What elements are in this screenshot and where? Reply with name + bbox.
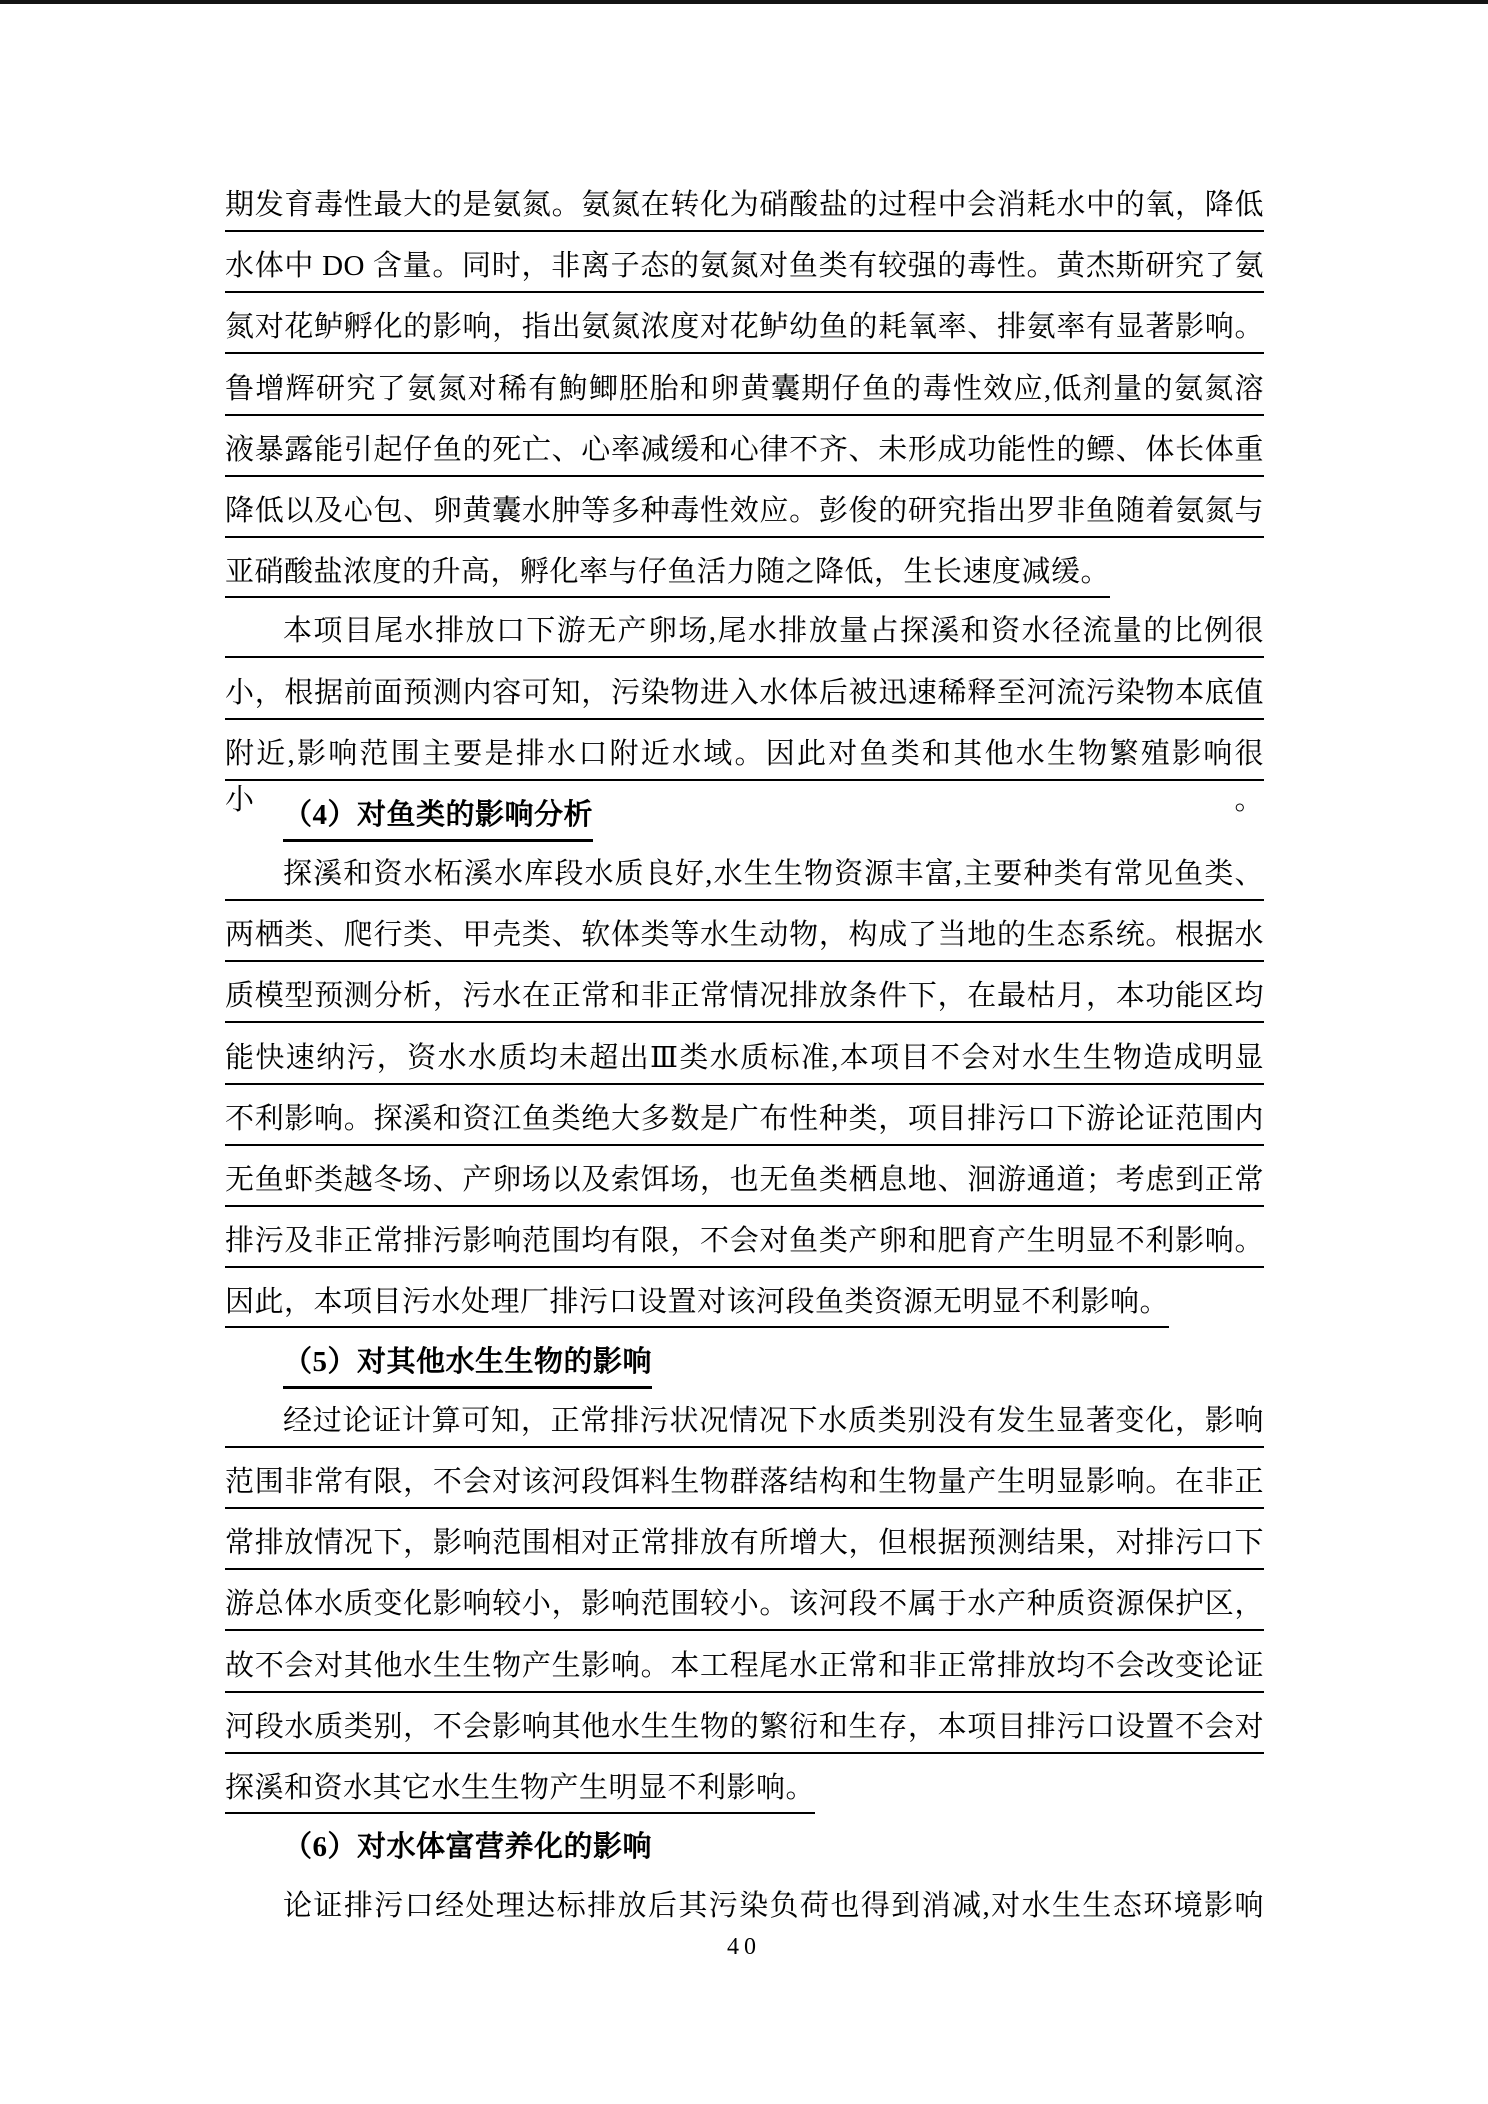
text-line-content: 范围非常有限，不会对该河段饵料生物群落结构和生物量产生明显影响。在非正 bbox=[225, 1466, 1264, 1498]
text-line: 氮对花鲈孵化的影响，指出氨氮浓度对花鲈幼鱼的耗氧率、排氨率有显著影响。 bbox=[225, 304, 1264, 354]
text-line-content: 小，根据前面预测内容可知，污染物进入水体后被迅速稀释至河流污染物本底值 bbox=[225, 677, 1264, 709]
text-line: 鲁增辉研究了氨氮对稀有鮈鲫胚胎和卵黄囊期仔鱼的毒性效应,低剂量的氨氮溶 bbox=[225, 366, 1264, 416]
section-heading: （6）对水体富营养化的影响 bbox=[225, 1824, 1264, 1872]
text-line: 常排放情况下，影响范围相对正常排放有所增大，但根据预测结果，对排污口下 bbox=[225, 1520, 1264, 1570]
text-line: 质模型预测分析，污水在正常和非正常情况排放条件下，在最枯月，本功能区均 bbox=[225, 973, 1264, 1023]
text-line-content: 因此，本项目污水处理厂排污口设置对该河段鱼类资源无明显不利影响。 bbox=[225, 1286, 1169, 1328]
text-line-content: 经过论证计算可知，正常排污状况情况下水质类别没有发生显著变化，影响 bbox=[283, 1405, 1264, 1437]
text-line: 论证排污口经处理达标排放后其污染负荷也得到消减,对水生生态环境影响 bbox=[225, 1883, 1264, 1931]
text-line-content: 两栖类、爬行类、甲壳类、软体类等水生动物，构成了当地的生态系统。根据水 bbox=[225, 919, 1264, 951]
text-line: 降低以及心包、卵黄囊水肿等多种毒性效应。彭俊的研究指出罗非鱼随着氨氮与 bbox=[225, 488, 1264, 538]
text-line: 经过论证计算可知，正常排污状况情况下水质类别没有发生显著变化，影响 bbox=[225, 1398, 1264, 1448]
scan-edge-artifact bbox=[0, 0, 1488, 4]
text-line: 附近,影响范围主要是排水口附近水域。因此对鱼类和其他水生物繁殖影响很小。 bbox=[225, 731, 1264, 781]
text-line: 因此，本项目污水处理厂排污口设置对该河段鱼类资源无明显不利影响。 bbox=[225, 1279, 1264, 1327]
text-line-content: 河段水质类别，不会影响其他水生生物的繁衍和生存，本项目排污口设置不会对 bbox=[225, 1711, 1264, 1743]
text-line-content: 降低以及心包、卵黄囊水肿等多种毒性效应。彭俊的研究指出罗非鱼随着氨氮与 bbox=[225, 495, 1264, 527]
document-page: 期发育毒性最大的是氨氮。氨氮在转化为硝酸盐的过程中会消耗水中的氧，降低水体中 D… bbox=[0, 0, 1488, 2104]
text-line: 本项目尾水排放口下游无产卵场,尾水排放量占探溪和资水径流量的比例很 bbox=[225, 608, 1264, 658]
text-line: 小，根据前面预测内容可知，污染物进入水体后被迅速稀释至河流污染物本底值 bbox=[225, 670, 1264, 720]
text-line: 亚硝酸盐浓度的升高，孵化率与仔鱼活力随之降低，生长速度减缓。 bbox=[225, 549, 1264, 597]
text-line: 故不会对其他水生生物产生影响。本工程尾水正常和非正常排放均不会改变论证 bbox=[225, 1643, 1264, 1693]
text-line: 液暴露能引起仔鱼的死亡、心率减缓和心律不齐、未形成功能性的鳔、体长体重 bbox=[225, 427, 1264, 477]
text-line-content: 探溪和资水其它水生生物产生明显不利影响。 bbox=[225, 1772, 815, 1814]
section-heading-text: （6）对水体富营养化的影响 bbox=[283, 1831, 652, 1863]
text-line: 游总体水质变化影响较小，影响范围较小。该河段不属于水产种质资源保护区， bbox=[225, 1581, 1264, 1631]
text-line-content: 期发育毒性最大的是氨氮。氨氮在转化为硝酸盐的过程中会消耗水中的氧，降低 bbox=[225, 189, 1264, 221]
text-line-content: 鲁增辉研究了氨氮对稀有鮈鲫胚胎和卵黄囊期仔鱼的毒性效应,低剂量的氨氮溶 bbox=[225, 373, 1264, 405]
text-line-content: 质模型预测分析，污水在正常和非正常情况排放条件下，在最枯月，本功能区均 bbox=[225, 980, 1264, 1012]
text-line: 范围非常有限，不会对该河段饵料生物群落结构和生物量产生明显影响。在非正 bbox=[225, 1459, 1264, 1509]
text-line: 探溪和资水其它水生生物产生明显不利影响。 bbox=[225, 1765, 1264, 1813]
text-line: 探溪和资水柘溪水库段水质良好,水生生物资源丰富,主要种类有常见鱼类、 bbox=[225, 851, 1264, 901]
text-line-content: 探溪和资水柘溪水库段水质良好,水生生物资源丰富,主要种类有常见鱼类、 bbox=[283, 858, 1264, 890]
text-line-content: 氮对花鲈孵化的影响，指出氨氮浓度对花鲈幼鱼的耗氧率、排氨率有显著影响。 bbox=[225, 311, 1264, 343]
text-line: 期发育毒性最大的是氨氮。氨氮在转化为硝酸盐的过程中会消耗水中的氧，降低 bbox=[225, 182, 1264, 232]
text-line: 河段水质类别，不会影响其他水生生物的繁衍和生存，本项目排污口设置不会对 bbox=[225, 1704, 1264, 1754]
document-body: 期发育毒性最大的是氨氮。氨氮在转化为硝酸盐的过程中会消耗水中的氧，降低水体中 D… bbox=[225, 182, 1264, 1942]
section-heading-text: （5）对其他水生生物的影响 bbox=[283, 1346, 652, 1389]
text-line-content: 本项目尾水排放口下游无产卵场,尾水排放量占探溪和资水径流量的比例很 bbox=[283, 615, 1264, 647]
text-line: 无鱼虾类越冬场、产卵场以及索饵场，也无鱼类栖息地、洄游通道；考虑到正常 bbox=[225, 1157, 1264, 1207]
text-line: 两栖类、爬行类、甲壳类、软体类等水生动物，构成了当地的生态系统。根据水 bbox=[225, 912, 1264, 962]
text-line-content: 无鱼虾类越冬场、产卵场以及索饵场，也无鱼类栖息地、洄游通道；考虑到正常 bbox=[225, 1164, 1264, 1196]
text-line: 排污及非正常排污影响范围均有限，不会对鱼类产卵和肥育产生明显不利影响。 bbox=[225, 1218, 1264, 1268]
text-line-content: 游总体水质变化影响较小，影响范围较小。该河段不属于水产种质资源保护区， bbox=[225, 1588, 1264, 1620]
text-line-content: 故不会对其他水生生物产生影响。本工程尾水正常和非正常排放均不会改变论证 bbox=[225, 1650, 1264, 1682]
text-line: 能快速纳污，资水水质均未超出Ⅲ类水质标准,本项目不会对水生生物造成明显 bbox=[225, 1035, 1264, 1085]
section-heading: （5）对其他水生生物的影响 bbox=[225, 1339, 1264, 1387]
text-line-content: 不利影响。探溪和资江鱼类绝大多数是广布性种类，项目排污口下游论证范围内 bbox=[225, 1103, 1264, 1135]
text-line-content: 常排放情况下，影响范围相对正常排放有所增大，但根据预测结果，对排污口下 bbox=[225, 1527, 1264, 1559]
text-line-content: 排污及非正常排污影响范围均有限，不会对鱼类产卵和肥育产生明显不利影响。 bbox=[225, 1225, 1264, 1257]
page-number: 40 bbox=[0, 1934, 1488, 1961]
text-line: 不利影响。探溪和资江鱼类绝大多数是广布性种类，项目排污口下游论证范围内 bbox=[225, 1096, 1264, 1146]
text-line-content: 水体中 DO 含量。同时，非离子态的氨氮对鱼类有较强的毒性。黄杰斯研究了氨 bbox=[225, 250, 1264, 282]
text-line-content: 亚硝酸盐浓度的升高，孵化率与仔鱼活力随之降低，生长速度减缓。 bbox=[225, 556, 1110, 598]
text-line: 水体中 DO 含量。同时，非离子态的氨氮对鱼类有较强的毒性。黄杰斯研究了氨 bbox=[225, 243, 1264, 293]
text-line-content: 论证排污口经处理达标排放后其污染负荷也得到消减,对水生生态环境影响 bbox=[283, 1890, 1264, 1922]
text-line-content: 能快速纳污，资水水质均未超出Ⅲ类水质标准,本项目不会对水生生物造成明显 bbox=[225, 1042, 1264, 1074]
text-line-content: 液暴露能引起仔鱼的死亡、心率减缓和心律不齐、未形成功能性的鳔、体长体重 bbox=[225, 434, 1264, 466]
section-heading-text: （4）对鱼类的影响分析 bbox=[283, 799, 593, 842]
